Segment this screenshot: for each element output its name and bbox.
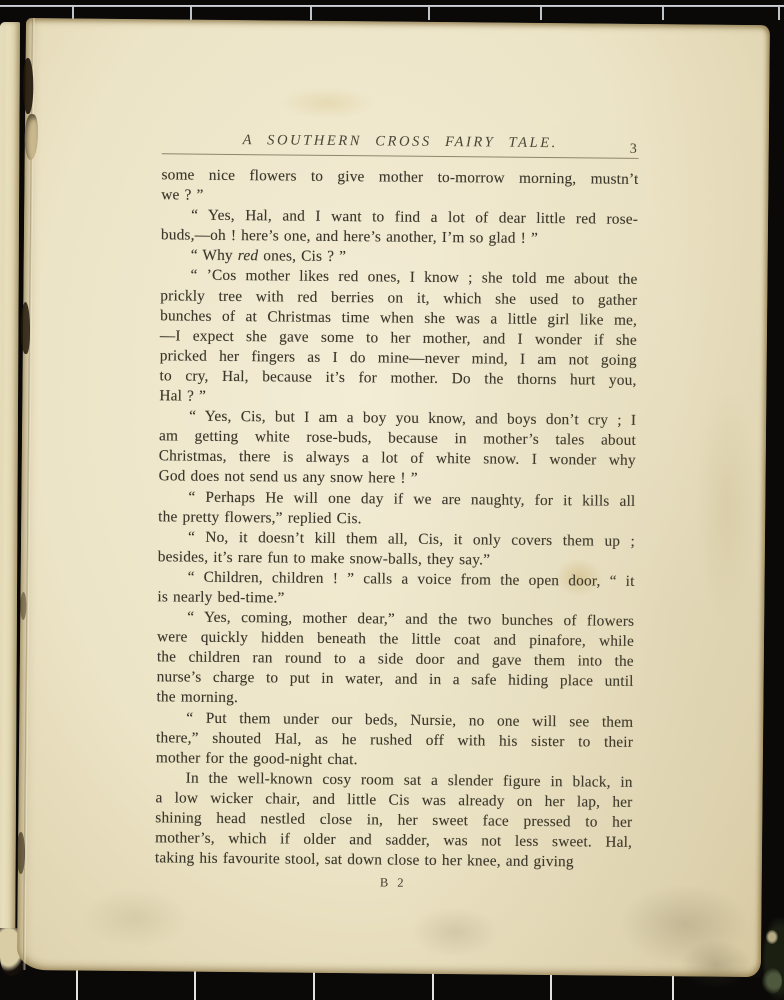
paragraph: “ Yes, Hal, and I want to find a lot of … [161,205,638,250]
book-page: A SOUTHERN CROSS FAIRY TALE. 3 some nice… [17,18,770,977]
paragraph: “ ’Cos mother likes red ones, I know ; s… [159,266,637,411]
page-smudge [79,887,192,950]
gutter-tear [17,832,25,874]
gutter-tear [21,302,30,354]
paragraph: “ Put them under our beds, Nursie, no on… [156,708,634,773]
page-stain [279,86,375,119]
cover-edge-tatter [762,968,782,994]
page-smudge [409,906,501,959]
film-ruler-tick [778,6,780,20]
film-ruler-line [0,5,784,7]
film-ruler-tick [662,6,664,20]
paragraph: “ Yes, Cis, but I am a boy you know, and… [159,406,637,491]
left-page-fragment [0,22,20,944]
film-ruler-tick [428,6,430,20]
gutter-tear [25,114,38,160]
text-line: taking his favourite stool, sat down clo… [155,848,632,873]
film-ruler-tick [310,6,312,20]
paragraph: “ No, it doesn’t kill them all, Cis, it … [158,527,635,572]
printer-signature: B 2 [155,874,632,894]
paragraph: “ Children, children ! ” calls a voice f… [157,567,634,612]
paragraph: In the well-known cosy room sat a slende… [155,768,633,873]
page-smudge [617,882,752,967]
paragraph: “ Yes, coming, mother dear,” and the two… [156,607,634,712]
running-header: A SOUTHERN CROSS FAIRY TALE. 3 [162,131,639,153]
cover-edge-tatter [766,930,778,944]
film-ruler-tick [190,6,192,20]
gutter-tear [23,58,34,114]
header-rule [162,153,639,159]
gutter-tear [20,592,26,620]
printed-content: A SOUTHERN CROSS FAIRY TALE. 3 some nice… [155,131,639,893]
film-scan: { "colors": { "paper": "#ece4c6", "ink":… [0,0,784,1000]
film-ruler-tick [540,6,542,20]
text-body: some nice flowers to give mother to-morr… [155,165,639,873]
running-header-title: A SOUTHERN CROSS FAIRY TALE. [243,132,558,151]
paragraph: some nice flowers to give mother to-morr… [161,165,638,210]
paragraph: “ Perhaps He will one day if we are naug… [158,487,635,532]
page-smudge [679,938,753,991]
page-stain [694,384,758,625]
page-number: 3 [630,142,637,158]
